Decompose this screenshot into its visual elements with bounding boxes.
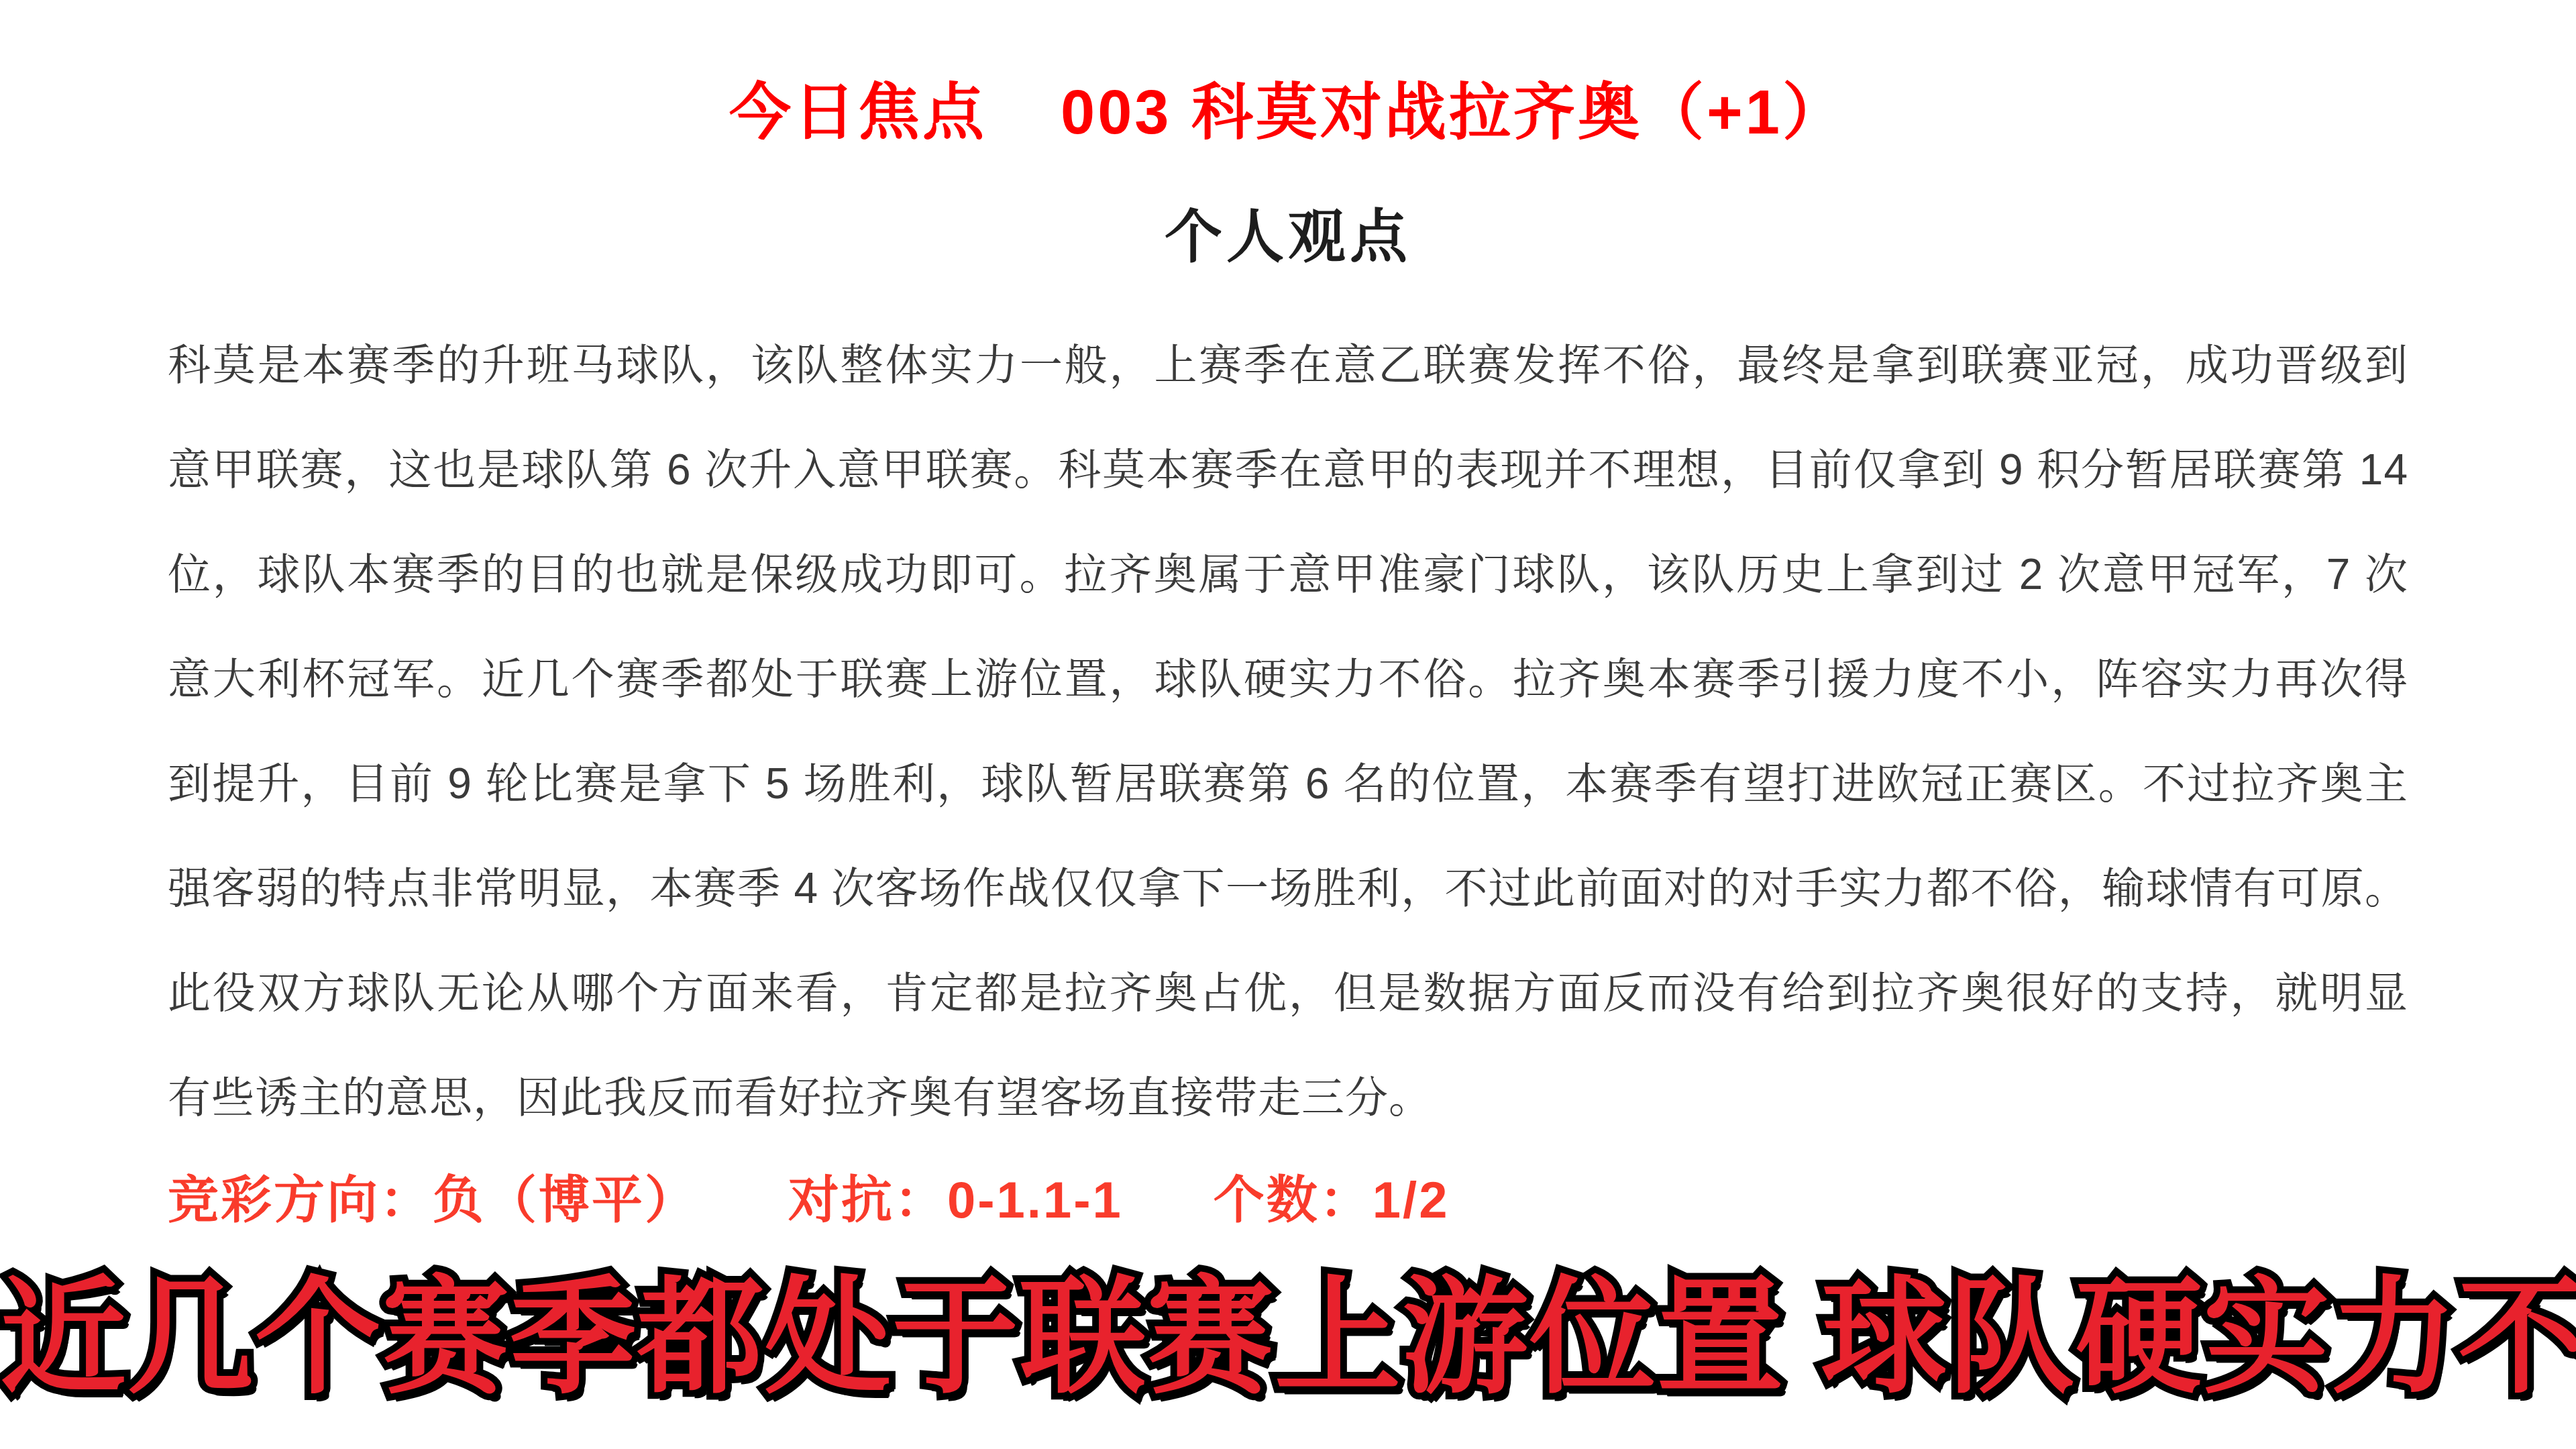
section-subtitle: 个人观点	[0, 206, 2576, 270]
article-page: 今日焦点 003 科莫对战拉齐奥（+1） 个人观点 科莫是本赛季的升班马球队，该…	[0, 0, 2576, 1449]
betting-direction: 竞彩方向：负（博平）	[168, 1165, 698, 1237]
highlight-banner: 近几个赛季都处于联赛上游位置 球队硬实力不俗 近几个赛季都处于联赛上游位置 球队…	[0, 1253, 2576, 1421]
analysis-line: 有些诱主的意思，因此我反而看好拉齐奥有望客场直接带走三分。	[168, 1045, 2408, 1150]
analysis-line: 意甲联赛，这也是球队第 6 次升入意甲联赛。科莫本赛季在意甲的表现并不理想，目前…	[168, 417, 2408, 522]
match-title: 003 科莫对战拉齐奥（+1）	[1061, 79, 1847, 147]
analysis-line: 位，球队本赛季的目的也就是保级成功即可。拉齐奥属于意甲准豪门球队，该队历史上拿到…	[168, 522, 2408, 627]
betting-count: 个数：1/2	[1214, 1165, 1450, 1237]
betting-confrontation: 对抗：0-1.1-1	[788, 1165, 1123, 1237]
page-title: 今日焦点 003 科莫对战拉齐奥（+1）	[0, 79, 2576, 147]
analysis-line: 此役双方球队无论从哪个方面来看，肯定都是拉齐奥占优，但是数据方面反而没有给到拉齐…	[168, 941, 2408, 1045]
banner-text: 近几个赛季都处于联赛上游位置 球队硬实力不俗	[0, 1253, 2576, 1421]
analysis-paragraph: 科莫是本赛季的升班马球队，该队整体实力一般，上赛季在意乙联赛发挥不俗，最终是拿到…	[168, 313, 2408, 1150]
analysis-line: 强客弱的特点非常明显，本赛季 4 次客场作战仅仅拿下一场胜利，不过此前面对的对手…	[168, 836, 2408, 941]
analysis-line: 到提升，目前 9 轮比赛是拿下 5 场胜利，球队暂居联赛第 6 名的位置，本赛季…	[168, 731, 2408, 836]
analysis-line: 科莫是本赛季的升班马球队，该队整体实力一般，上赛季在意乙联赛发挥不俗，最终是拿到…	[168, 313, 2408, 417]
focus-label: 今日焦点	[729, 79, 987, 147]
analysis-line: 意大利杯冠军。近几个赛季都处于联赛上游位置，球队硬实力不俗。拉齐奥本赛季引援力度…	[168, 627, 2408, 731]
betting-recommendation: 竞彩方向：负（博平） 对抗：0-1.1-1 个数：1/2	[168, 1165, 2408, 1237]
